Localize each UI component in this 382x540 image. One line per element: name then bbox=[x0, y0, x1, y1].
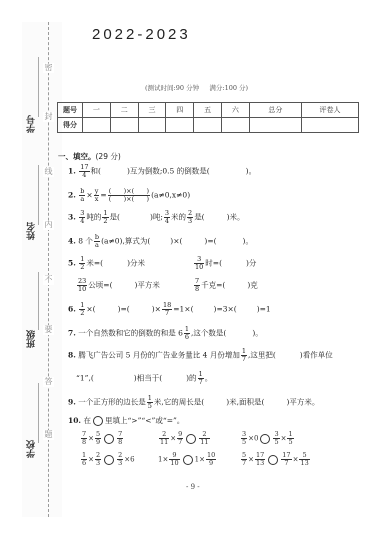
student-id-label: 学号 bbox=[25, 115, 37, 133]
seal-char: 要 bbox=[43, 325, 54, 335]
question-number: 5. bbox=[68, 259, 76, 268]
score-input-5[interactable] bbox=[194, 118, 222, 133]
compare-circle-input[interactable] bbox=[186, 434, 196, 444]
question-5b: 310时=()分 bbox=[193, 256, 256, 271]
compare-item-3: 35×035×15 bbox=[240, 431, 295, 446]
score-input-4[interactable] bbox=[166, 118, 194, 133]
score-input-total[interactable] bbox=[249, 118, 301, 133]
score-table: 题号 一 二 三 四 五 六 总分 评卷人 得分 bbox=[57, 102, 359, 133]
compare-item-6: 57×1713177×513 bbox=[240, 452, 311, 467]
section-title: 一、填空。 bbox=[58, 152, 96, 161]
seal-char: 题 bbox=[43, 430, 54, 440]
score-input-3[interactable] bbox=[138, 118, 166, 133]
seal-char: 密 bbox=[43, 63, 54, 73]
cell-section-5: 五 bbox=[194, 103, 222, 118]
score-input-1[interactable] bbox=[83, 118, 111, 133]
question-4: 4. 8 个ba(a≠0),算式为()×()=()。 bbox=[68, 234, 253, 249]
section-points: (29 分) bbox=[96, 152, 121, 161]
cell-section-3: 三 bbox=[138, 103, 166, 118]
question-number: 3. bbox=[68, 213, 76, 222]
class-field-line[interactable] bbox=[38, 272, 39, 330]
class-label: 班级 bbox=[25, 330, 37, 348]
compare-circle-input[interactable] bbox=[104, 455, 114, 465]
question-number: 10. bbox=[68, 416, 81, 425]
score-input-2[interactable] bbox=[110, 118, 138, 133]
question-number: 9. bbox=[68, 398, 76, 407]
question-5d: 78千克=()克 bbox=[193, 278, 258, 293]
question-1: 1. 174和()互为倒数;0.5 的倒数是()。 bbox=[68, 164, 256, 179]
compare-item-4: 16×2323×6 bbox=[80, 452, 135, 467]
question-number: 1. bbox=[68, 167, 76, 176]
score-table-score-row: 得分 bbox=[58, 118, 359, 133]
question-2: 2. ba×yx=( )×( )( )×( )(a≠0,x≠0) bbox=[68, 188, 190, 203]
seal-char: 封 bbox=[43, 112, 54, 122]
seal-char: 答 bbox=[43, 377, 54, 387]
cell-section-2: 二 bbox=[110, 103, 138, 118]
cell-section-4: 四 bbox=[166, 103, 194, 118]
question-number: 8. bbox=[68, 351, 76, 360]
school-label: 学校 bbox=[25, 440, 37, 458]
compare-circle-input[interactable] bbox=[260, 434, 270, 444]
question-number: 4. bbox=[68, 237, 76, 246]
question-6: 6. 12×()=()×187=1×()=3×()=1 bbox=[68, 302, 271, 317]
seal-char: 内 bbox=[43, 220, 54, 230]
name-label: 姓名 bbox=[25, 222, 37, 240]
fraction: 174 bbox=[79, 164, 89, 179]
name-field-line[interactable] bbox=[38, 165, 39, 225]
score-input-grader[interactable] bbox=[302, 118, 359, 133]
question-3: 3. 34吨的12是()吨;34米的23是()米。 bbox=[68, 210, 245, 225]
cell-score-label: 得分 bbox=[58, 118, 83, 133]
cell-section-1: 一 bbox=[83, 103, 111, 118]
cell-section-6: 六 bbox=[221, 103, 249, 118]
question-8-cont: “1”,()相当于()的17。 bbox=[76, 371, 212, 386]
question-5c: 2310公顷=()平方米 bbox=[76, 278, 160, 293]
school-field-line[interactable] bbox=[38, 383, 39, 443]
exam-year-title: 2022-2023 bbox=[92, 26, 191, 43]
question-7: 7. 一个自然数和它的倒数的和是 616,这个数是()。 bbox=[68, 326, 263, 341]
student-id-field-line[interactable] bbox=[38, 57, 39, 117]
question-5: 5. 12米=()分米 bbox=[68, 256, 145, 271]
question-10: 10. 在里填上“>”“<”或“=”。 bbox=[68, 415, 184, 427]
score-table-header-row: 题号 一 二 三 四 五 六 总分 评卷人 bbox=[58, 103, 359, 118]
cell-question-no: 题号 bbox=[58, 103, 83, 118]
answer-fraction[interactable]: ( )×( )( )×( ) bbox=[108, 188, 150, 203]
page-number: - 9 - bbox=[186, 483, 200, 491]
question-8: 8. 腾飞广告公司 5 月份的广告业务量比 4 月份增加17,这里把()看作单位 bbox=[68, 348, 333, 363]
compare-circle-input[interactable] bbox=[183, 455, 193, 465]
cell-grader: 评卷人 bbox=[302, 103, 359, 118]
question-9: 9. 一个正方形的边长是15米,它的周长是()米,面积是()平方米。 bbox=[68, 395, 319, 410]
question-number: 6. bbox=[68, 305, 76, 314]
circle-icon bbox=[93, 416, 103, 426]
compare-item-5: 1×9101×109 bbox=[158, 452, 217, 467]
compare-circle-input[interactable] bbox=[268, 455, 278, 465]
score-input-6[interactable] bbox=[221, 118, 249, 133]
exam-page: 密 封 线 内 不 要 答 题 学号 姓名 班级 学校 2022-2023 (测… bbox=[0, 0, 382, 540]
cell-total: 总分 bbox=[249, 103, 301, 118]
compare-item-2: 211×97211 bbox=[158, 431, 211, 446]
section-1-heading: 一、填空。(29 分) bbox=[58, 151, 121, 162]
question-number: 7. bbox=[68, 329, 76, 338]
seal-char: 不 bbox=[43, 275, 54, 285]
compare-circle-input[interactable] bbox=[104, 434, 114, 444]
exam-subtitle: (测试时间:90 分钟 满分:100 分) bbox=[145, 83, 248, 92]
compare-item-1: 78×5978 bbox=[80, 431, 124, 446]
seal-dashed-line bbox=[48, 22, 49, 517]
question-number: 2. bbox=[68, 191, 76, 200]
seal-char: 线 bbox=[43, 167, 54, 177]
